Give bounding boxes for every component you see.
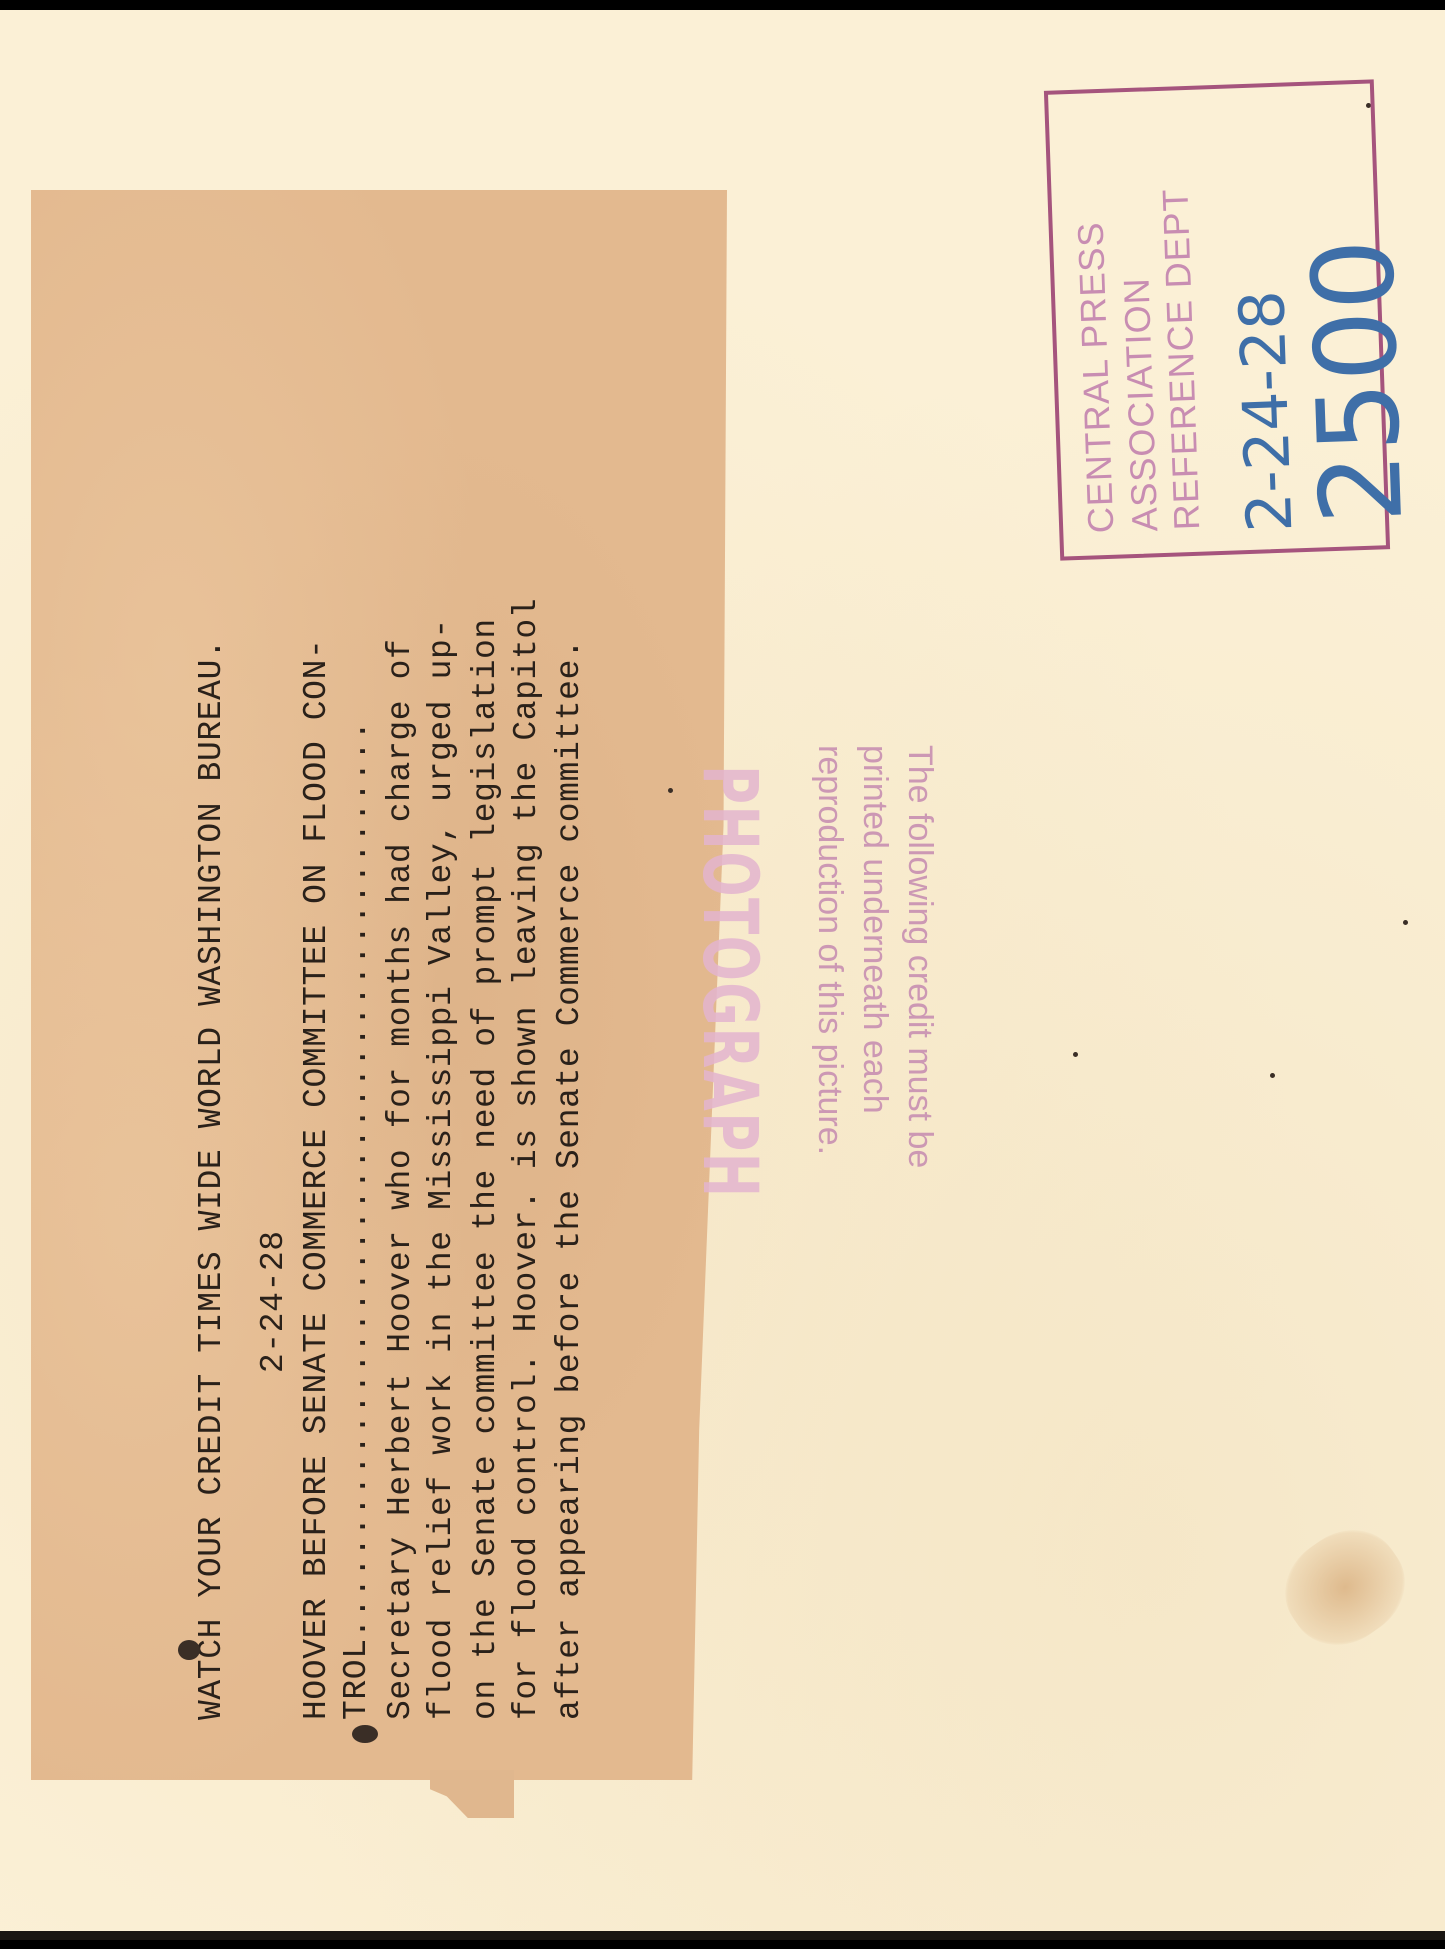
speck bbox=[1270, 1073, 1275, 1078]
headline-line-1: HOOVER BEFORE SENATE COMMERCE COMMITTEE … bbox=[296, 639, 337, 1720]
credit-line: WATCH YOUR CREDIT TIMES WIDE WORLD WASHI… bbox=[191, 639, 232, 1720]
speck bbox=[668, 788, 673, 793]
credit-stamp-line-2: printed underneath each bbox=[855, 745, 895, 1114]
caption-line-4: for flood control. Hoover. is shown leav… bbox=[506, 598, 547, 1720]
reference-stamp: CENTRAL PRESS ASSOCIATION REFERENCE DEPT… bbox=[1044, 79, 1390, 560]
speck bbox=[1073, 1052, 1078, 1057]
date-line: 2-24-28 bbox=[253, 1230, 294, 1720]
credit-stamp: The following credit must be printed und… bbox=[680, 745, 940, 1465]
caption-line-5: after appearing before the Senate Commer… bbox=[549, 639, 590, 1720]
credit-stamp-line-1: The following credit must be bbox=[900, 745, 940, 1168]
reference-stamp-line-1: CENTRAL PRESS bbox=[1071, 221, 1122, 534]
scan-edge bbox=[0, 1931, 1445, 1940]
handwritten-number: 2500 bbox=[1288, 237, 1428, 526]
ink-blot bbox=[352, 1725, 378, 1743]
credit-stamp-line-3: reproduction of this picture. bbox=[810, 745, 850, 1155]
speck bbox=[1403, 920, 1408, 925]
water-stain bbox=[1266, 1510, 1425, 1665]
caption-line-2: flood relief work in the Mississippi Val… bbox=[421, 618, 462, 1720]
ink-blot bbox=[178, 1640, 200, 1660]
clipping-text: WATCH YOUR CREDIT TIMES WIDE WORLD WASHI… bbox=[31, 190, 727, 1780]
caption-line-1: Secretary Herbert Hoover who for months … bbox=[380, 639, 421, 1720]
headline-line-2: TROL....................................… bbox=[336, 720, 377, 1720]
caption-line-3: on the Senate committee the need of prom… bbox=[465, 618, 506, 1720]
credit-stamp-name: PHOTOGRAPH bbox=[690, 765, 770, 1199]
photo-back-card: WATCH YOUR CREDIT TIMES WIDE WORLD WASHI… bbox=[0, 10, 1445, 1940]
